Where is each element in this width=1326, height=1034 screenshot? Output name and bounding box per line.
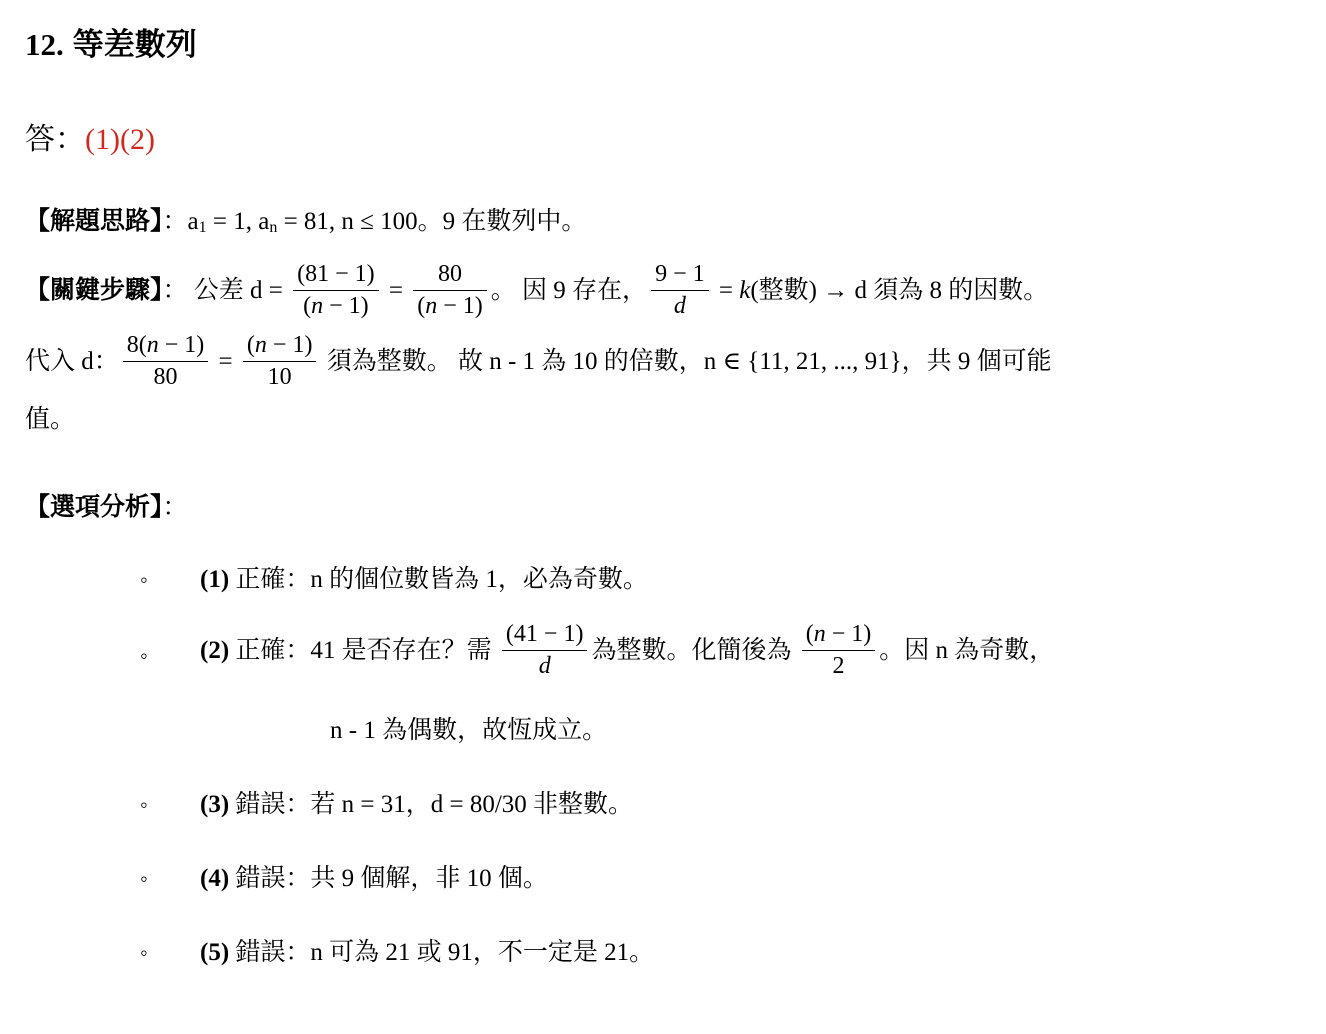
text: (81 − 1) bbox=[297, 261, 375, 287]
bold-text: 【關鍵步驟】 bbox=[25, 277, 163, 304]
fraction-denominator: 2 bbox=[802, 651, 876, 681]
solution-body: 【解題思路】：a1 = 1, an = 81, n ≤ 100。9 在數列中。【… bbox=[25, 206, 1301, 436]
fraction-numerator: (41 − 1) bbox=[502, 620, 588, 651]
fraction-denominator: d bbox=[651, 291, 709, 321]
text: 80 bbox=[438, 261, 462, 287]
italic-text: n bbox=[425, 293, 437, 319]
italic-text: d bbox=[539, 653, 551, 679]
text: ： 公差 d = bbox=[163, 277, 290, 304]
text: 代入 d： bbox=[25, 348, 119, 375]
bold-text: 【選項分析】 bbox=[25, 494, 163, 521]
fraction: 80(n − 1) bbox=[413, 260, 487, 321]
text: ：a bbox=[163, 208, 199, 235]
fraction: (41 − 1)d bbox=[502, 620, 588, 681]
text: (整數) → d 須為 8 的因數。 bbox=[750, 277, 1048, 304]
fraction-denominator: (n − 1) bbox=[413, 291, 487, 321]
fraction-denominator: 80 bbox=[123, 362, 209, 392]
bold-text: (5) bbox=[200, 939, 229, 966]
text: 。因 n 為奇數， bbox=[879, 637, 1054, 664]
text: 錯誤：n 可為 21 或 91，不一定是 21。 bbox=[229, 939, 654, 966]
italic-text: n bbox=[814, 621, 826, 647]
problem-title: 等差數列 bbox=[73, 27, 197, 62]
italic-text: k bbox=[739, 277, 750, 304]
text: ( bbox=[806, 621, 814, 647]
paragraph-key-steps: 【關鍵步驟】： 公差 d = (81 − 1)(n − 1) = 80(n − … bbox=[25, 262, 1301, 436]
analysis-bullet-list: ◦(1) 正確：n 的個位數皆為 1，必為奇數。◦(2) 正確：41 是否存在？… bbox=[140, 564, 1301, 969]
text: 錯誤：若 n = 31，d = 80/30 非整數。 bbox=[229, 791, 633, 818]
bullet-marker-icon: ◦ bbox=[140, 622, 200, 672]
analysis-bullet-3: ◦(3) 錯誤：若 n = 31，d = 80/30 非整數。 bbox=[140, 789, 1301, 821]
text: ： bbox=[163, 494, 188, 521]
text: 2 bbox=[832, 653, 844, 679]
text: ( bbox=[417, 293, 425, 319]
fraction-numerator: 8(n − 1) bbox=[123, 331, 209, 362]
italic-text: n bbox=[311, 293, 323, 319]
bullet-marker-icon: ◦ bbox=[140, 789, 200, 821]
text: = 81, n ≤ 100。9 在數列中。 bbox=[277, 208, 586, 235]
text: 錯誤：共 9 個解，非 10 個。 bbox=[229, 865, 548, 892]
text: − 1) bbox=[159, 332, 205, 358]
bold-text: (2) bbox=[200, 637, 229, 664]
fraction-numerator: (81 − 1) bbox=[293, 260, 379, 291]
fraction-numerator: (n − 1) bbox=[243, 331, 317, 362]
bullet-content: (3) 錯誤：若 n = 31，d = 80/30 非整數。 bbox=[200, 789, 1301, 821]
bullet-marker-icon: ◦ bbox=[140, 937, 200, 969]
answer-line: 答：(1)(2) bbox=[25, 121, 1301, 158]
fraction: (n − 1)10 bbox=[243, 331, 317, 392]
answer-label: 答： bbox=[25, 123, 85, 156]
bullet-content: (1) 正確：n 的個位數皆為 1，必為奇數。 bbox=[200, 564, 1301, 596]
text-line: (3) 錯誤：若 n = 31，d = 80/30 非整數。 bbox=[200, 789, 1301, 821]
fraction: 8(n − 1)80 bbox=[123, 331, 209, 392]
text: 正確：n 的個位數皆為 1，必為奇數。 bbox=[229, 566, 648, 593]
bullet-content: (4) 錯誤：共 9 個解，非 10 個。 bbox=[200, 863, 1301, 895]
analysis-bullet-1: ◦(1) 正確：n 的個位數皆為 1，必為奇數。 bbox=[140, 564, 1301, 596]
text: 10 bbox=[268, 364, 292, 390]
fraction-denominator: 10 bbox=[243, 362, 317, 392]
answer-value: (1)(2) bbox=[85, 123, 155, 156]
analysis-bullet-4: ◦(4) 錯誤：共 9 個解，非 10 個。 bbox=[140, 863, 1301, 895]
bold-text: (3) bbox=[200, 791, 229, 818]
text: 80 bbox=[154, 364, 178, 390]
text-line: 【解題思路】：a1 = 1, an = 81, n ≤ 100。9 在數列中。 bbox=[25, 206, 1301, 244]
italic-text: n bbox=[255, 332, 267, 358]
fraction-numerator: (n − 1) bbox=[802, 620, 876, 651]
paragraph-approach: 【解題思路】：a1 = 1, an = 81, n ≤ 100。9 在數列中。 bbox=[25, 206, 1301, 244]
fraction: (81 − 1)(n − 1) bbox=[293, 260, 379, 321]
text-line: (4) 錯誤：共 9 個解，非 10 個。 bbox=[200, 863, 1301, 895]
analysis-section-header: 【選項分析】： bbox=[25, 492, 1301, 524]
text: 值。 bbox=[25, 406, 75, 433]
problem-number: 12. bbox=[25, 27, 64, 62]
text: (41 − 1) bbox=[506, 621, 584, 647]
text: 為整數。化簡後為 bbox=[591, 637, 797, 664]
text-line: (5) 錯誤：n 可為 21 或 91，不一定是 21。 bbox=[200, 937, 1301, 969]
text: − 1) bbox=[323, 293, 369, 319]
text: ( bbox=[303, 293, 311, 319]
text: 9 − 1 bbox=[655, 261, 705, 287]
fraction-denominator: d bbox=[502, 651, 588, 681]
page-title: 12.等差數列 bbox=[25, 26, 1301, 64]
bullet-content: (5) 錯誤：n 可為 21 或 91，不一定是 21。 bbox=[200, 937, 1301, 969]
fraction-numerator: 9 − 1 bbox=[651, 260, 709, 291]
text: − 1) bbox=[267, 332, 313, 358]
text-line: 值。 bbox=[25, 404, 1301, 436]
text: 。 因 9 存在， bbox=[491, 277, 647, 304]
bold-text: 【解題思路】 bbox=[25, 208, 163, 235]
fraction: 9 − 1d bbox=[651, 260, 709, 321]
bullet-content: (2) 正確：41 是否存在？需 (41 − 1)d為整數。化簡後為 (n − … bbox=[200, 622, 1301, 747]
bold-text: (4) bbox=[200, 865, 229, 892]
italic-text: d bbox=[674, 293, 686, 319]
text-line: 代入 d：8(n − 1)80 = (n − 1)10 須為整數。 故 n - … bbox=[25, 333, 1301, 394]
text-line: (2) 正確：41 是否存在？需 (41 − 1)d為整數。化簡後為 (n − … bbox=[200, 622, 1301, 683]
fraction: (n − 1)2 bbox=[802, 620, 876, 681]
text: ( bbox=[247, 332, 255, 358]
text: = bbox=[713, 277, 740, 304]
text-line: n - 1 為偶數，故恆成立。 bbox=[330, 715, 1301, 747]
text: 須為整數。 故 n - 1 為 10 的倍數，n ∈ {11, 21, ...,… bbox=[320, 348, 1051, 375]
italic-text: n bbox=[147, 332, 159, 358]
fraction-denominator: (n − 1) bbox=[293, 291, 379, 321]
text: n - 1 為偶數，故恆成立。 bbox=[330, 717, 607, 744]
bold-text: (1) bbox=[200, 566, 229, 593]
text-line: (1) 正確：n 的個位數皆為 1，必為奇數。 bbox=[200, 564, 1301, 596]
solution-page: 12.等差數列 答：(1)(2) 【解題思路】：a1 = 1, an = 81,… bbox=[0, 0, 1326, 1034]
text: = 1, a bbox=[207, 208, 270, 235]
text: = bbox=[212, 348, 239, 375]
text: − 1) bbox=[826, 621, 872, 647]
bullet-marker-icon: ◦ bbox=[140, 863, 200, 895]
fraction-numerator: 80 bbox=[413, 260, 487, 291]
text: − 1) bbox=[437, 293, 483, 319]
bullet-marker-icon: ◦ bbox=[140, 564, 200, 596]
subscript-text: 1 bbox=[199, 219, 207, 236]
text: 正確：41 是否存在？需 bbox=[229, 637, 498, 664]
text-line: 【關鍵步驟】： 公差 d = (81 − 1)(n − 1) = 80(n − … bbox=[25, 262, 1301, 323]
text: 8( bbox=[127, 332, 147, 358]
text: = bbox=[383, 277, 410, 304]
analysis-bullet-2: ◦(2) 正確：41 是否存在？需 (41 − 1)d為整數。化簡後為 (n −… bbox=[140, 622, 1301, 747]
analysis-bullet-5: ◦(5) 錯誤：n 可為 21 或 91，不一定是 21。 bbox=[140, 937, 1301, 969]
